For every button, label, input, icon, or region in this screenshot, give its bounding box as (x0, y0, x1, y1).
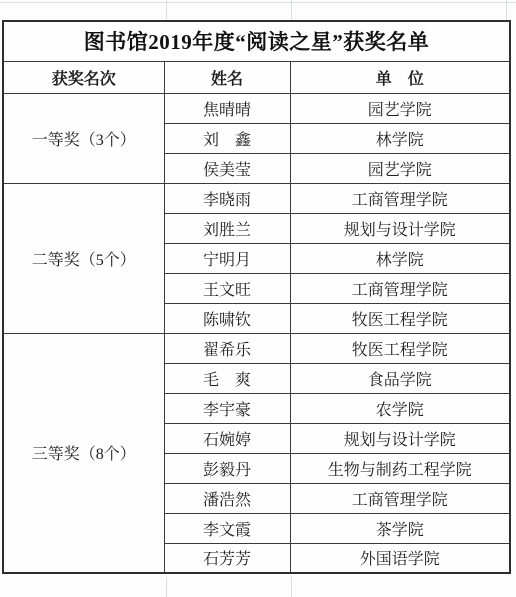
winner-name: 翟希乐 (164, 333, 290, 363)
winner-unit: 工商管理学院 (290, 183, 510, 213)
winner-name: 侯美莹 (164, 153, 290, 183)
winner-unit: 牧医工程学院 (290, 333, 510, 363)
spreadsheet-gridline-vertical (291, 577, 292, 597)
screenshot-root: 图书馆2019年度“阅读之星”获奖名单 获奖名次 姓名 单 位 一等奖（3个）焦… (0, 0, 516, 597)
spreadsheet-gridline-vertical (166, 0, 167, 20)
winner-unit: 园艺学院 (290, 93, 510, 123)
winner-name: 陈啸钦 (164, 303, 290, 333)
winner-unit: 林学院 (290, 243, 510, 273)
winner-name: 石芳芳 (164, 543, 290, 573)
winner-unit: 农学院 (290, 393, 510, 423)
winner-name: 潘浩然 (164, 483, 290, 513)
rank-cell: 二等奖（5个） (3, 183, 164, 333)
table-row: 三等奖（8个）翟希乐牧医工程学院 (3, 333, 510, 363)
winner-unit: 牧医工程学院 (290, 303, 510, 333)
winner-unit: 食品学院 (290, 363, 510, 393)
winner-name: 毛 爽 (164, 363, 290, 393)
spreadsheet-gridline-vertical (291, 0, 292, 20)
winner-name: 刘 鑫 (164, 123, 290, 153)
table-title: 图书馆2019年度“阅读之星”获奖名单 (3, 21, 510, 61)
table-row: 一等奖（3个）焦晴晴园艺学院 (3, 93, 510, 123)
column-header-rank: 获奖名次 (3, 61, 164, 93)
spreadsheet-gridline-vertical (506, 0, 507, 20)
winner-unit: 规划与设计学院 (290, 423, 510, 453)
winner-name: 焦晴晴 (164, 93, 290, 123)
winner-name: 石婉婷 (164, 423, 290, 453)
table-row: 二等奖（5个）李晓雨工商管理学院 (3, 183, 510, 213)
winner-name: 李文霞 (164, 513, 290, 543)
winner-unit: 林学院 (290, 123, 510, 153)
winner-unit: 工商管理学院 (290, 483, 510, 513)
winner-name: 李宇豪 (164, 393, 290, 423)
award-list-table: 图书馆2019年度“阅读之星”获奖名单 获奖名次 姓名 单 位 一等奖（3个）焦… (2, 20, 511, 574)
award-table-body: 一等奖（3个）焦晴晴园艺学院刘 鑫林学院侯美莹园艺学院二等奖（5个）李晓雨工商管… (3, 93, 510, 573)
winner-name: 王文旺 (164, 273, 290, 303)
rank-cell: 三等奖（8个） (3, 333, 164, 573)
winner-name: 李晓雨 (164, 183, 290, 213)
winner-unit: 外国语学院 (290, 543, 510, 573)
winner-unit: 工商管理学院 (290, 273, 510, 303)
winner-unit: 园艺学院 (290, 153, 510, 183)
winner-name: 彭毅丹 (164, 453, 290, 483)
winner-unit: 茶学院 (290, 513, 510, 543)
column-header-name: 姓名 (164, 61, 290, 93)
spreadsheet-gridline-vertical (166, 577, 167, 597)
winner-name: 宁明月 (164, 243, 290, 273)
spreadsheet-gridline-horizontal (0, 2, 516, 3)
table-header-row: 获奖名次 姓名 单 位 (3, 61, 510, 93)
table-title-row: 图书馆2019年度“阅读之星”获奖名单 (3, 21, 510, 61)
winner-unit: 生物与制药工程学院 (290, 453, 510, 483)
column-header-unit: 单 位 (290, 61, 510, 93)
winner-name: 刘胜兰 (164, 213, 290, 243)
rank-cell: 一等奖（3个） (3, 93, 164, 183)
winner-unit: 规划与设计学院 (290, 213, 510, 243)
